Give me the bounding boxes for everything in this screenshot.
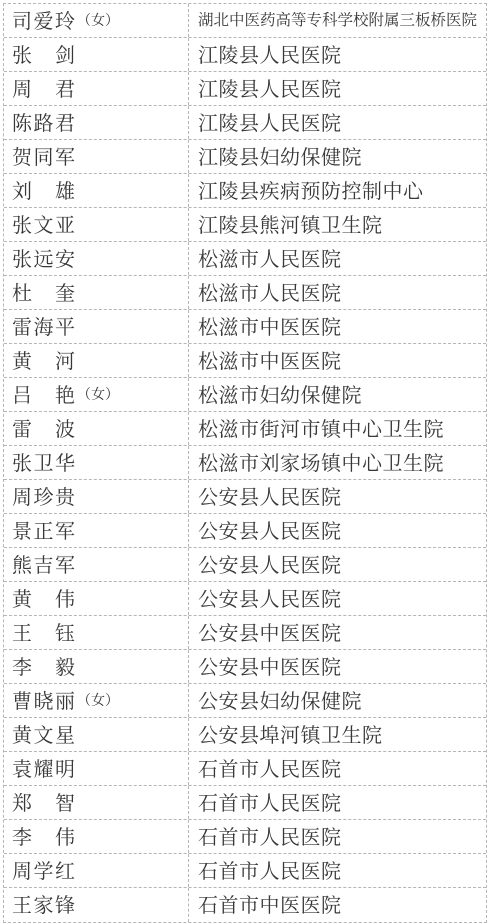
- person-name: 贺同军: [12, 147, 75, 167]
- organization-cell: 松滋市妇幼保健院: [189, 378, 486, 411]
- organization-cell: 公安县埠河镇卫生院: [189, 718, 486, 751]
- table-row: 黄 河 松滋市中医医院: [4, 344, 486, 378]
- person-name-cell: 袁耀明: [4, 752, 189, 785]
- person-name: 景正军: [12, 521, 75, 541]
- organization-cell: 公安县人民医院: [189, 548, 486, 581]
- person-name-cell: 王 钰: [4, 616, 189, 649]
- person-name: 李 伟: [12, 827, 75, 847]
- person-name-cell: 张 剑: [4, 38, 189, 71]
- person-name: 雷 波: [12, 419, 75, 439]
- person-name-cell: 雷海平: [4, 310, 189, 343]
- organization-cell: 江陵县人民医院: [189, 72, 486, 105]
- person-name-cell: 刘 雄: [4, 174, 189, 207]
- person-name: 熊吉军: [12, 555, 75, 575]
- person-name-cell: 黄 伟: [4, 582, 189, 615]
- person-name: 王 钰: [12, 623, 75, 643]
- table-row: 袁耀明 石首市人民医院: [4, 752, 486, 786]
- person-name-cell: 熊吉军: [4, 548, 189, 581]
- organization-cell: 石首市人民医院: [189, 786, 486, 819]
- person-name-cell: 雷 波: [4, 412, 189, 445]
- table-row: 熊吉军 公安县人民医院: [4, 548, 486, 582]
- person-name: 周 君: [12, 79, 75, 99]
- person-name-cell: 杜 奎: [4, 276, 189, 309]
- gender-note: （女）: [77, 388, 119, 402]
- table-row: 李 伟 石首市人民医院: [4, 820, 486, 854]
- table-row: 李 毅 公安县中医医院: [4, 650, 486, 684]
- table-row: 雷海平 松滋市中医医院: [4, 310, 486, 344]
- table-row: 黄 伟 公安县人民医院: [4, 582, 486, 616]
- person-name: 袁耀明: [12, 759, 75, 779]
- person-name: 曹晓丽: [12, 691, 75, 711]
- table-row: 陈路君 江陵县人民医院: [4, 106, 486, 140]
- organization-cell: 湖北中医药高等专科学校附属三板桥医院: [189, 4, 486, 37]
- organization-cell: 江陵县疾病预防控制中心: [189, 174, 486, 207]
- person-name-cell: 张卫华: [4, 446, 189, 479]
- table-row: 杜 奎 松滋市人民医院: [4, 276, 486, 310]
- table-row: 周珍贵 公安县人民医院: [4, 480, 486, 514]
- organization-cell: 江陵县熊河镇卫生院: [189, 208, 486, 241]
- person-name: 张远安: [12, 249, 75, 269]
- table-row: 张文亚 江陵县熊河镇卫生院: [4, 208, 486, 242]
- organization-cell: 石首市人民医院: [189, 752, 486, 785]
- person-name-cell: 张远安: [4, 242, 189, 275]
- person-name-cell: 贺同军: [4, 140, 189, 173]
- organization-cell: 公安县人民医院: [189, 514, 486, 547]
- organization-cell: 公安县人民医院: [189, 480, 486, 513]
- person-name: 周珍贵: [12, 487, 75, 507]
- organization-cell: 松滋市街河市镇中心卫生院: [189, 412, 486, 445]
- person-name: 黄文星: [12, 725, 75, 745]
- table-row: 贺同军 江陵县妇幼保健院: [4, 140, 486, 174]
- table-row: 吕 艳 （女） 松滋市妇幼保健院: [4, 378, 486, 412]
- person-name-cell: 黄 河: [4, 344, 189, 377]
- organization-cell: 公安县中医医院: [189, 650, 486, 683]
- organization-cell: 石首市中医医院: [189, 888, 486, 922]
- organization-cell: 公安县中医医院: [189, 616, 486, 649]
- person-name: 陈路君: [12, 113, 75, 133]
- table-row: 张卫华 松滋市刘家场镇中心卫生院: [4, 446, 486, 480]
- organization-cell: 松滋市人民医院: [189, 276, 486, 309]
- person-name: 吕 艳: [12, 385, 75, 405]
- organization-cell: 石首市人民医院: [189, 820, 486, 853]
- organization-cell: 石首市人民医院: [189, 854, 486, 887]
- table-row: 周 君 江陵县人民医院: [4, 72, 486, 106]
- person-name-cell: 张文亚: [4, 208, 189, 241]
- organization-cell: 松滋市中医医院: [189, 344, 486, 377]
- person-name: 张卫华: [12, 453, 75, 473]
- person-name: 王家锋: [12, 895, 75, 915]
- table-row: 郑 智 石首市人民医院: [4, 786, 486, 820]
- person-name-cell: 陈路君: [4, 106, 189, 139]
- organization-cell: 松滋市刘家场镇中心卫生院: [189, 446, 486, 479]
- person-name: 雷海平: [12, 317, 75, 337]
- person-name: 司爱玲: [12, 11, 75, 31]
- organization-cell: 江陵县人民医院: [189, 38, 486, 71]
- person-name-cell: 周学红: [4, 854, 189, 887]
- table-row: 周学红 石首市人民医院: [4, 854, 486, 888]
- person-name: 张文亚: [12, 215, 75, 235]
- organization-cell: 松滋市人民医院: [189, 242, 486, 275]
- person-name: 郑 智: [12, 793, 75, 813]
- organization-cell: 松滋市中医医院: [189, 310, 486, 343]
- person-name-cell: 李 毅: [4, 650, 189, 683]
- organization-cell: 江陵县妇幼保健院: [189, 140, 486, 173]
- person-name: 杜 奎: [12, 283, 75, 303]
- person-name-cell: 吕 艳 （女）: [4, 378, 189, 411]
- person-name-cell: 周 君: [4, 72, 189, 105]
- person-name-cell: 王家锋: [4, 888, 189, 922]
- table-row: 司爱玲 （女） 湖北中医药高等专科学校附属三板桥医院: [4, 4, 486, 38]
- person-name: 张 剑: [12, 45, 75, 65]
- person-name-cell: 李 伟: [4, 820, 189, 853]
- table-row: 刘 雄 江陵县疾病预防控制中心: [4, 174, 486, 208]
- table-row: 张远安 松滋市人民医院: [4, 242, 486, 276]
- organization-cell: 公安县人民医院: [189, 582, 486, 615]
- person-name: 李 毅: [12, 657, 75, 677]
- person-name-cell: 周珍贵: [4, 480, 189, 513]
- person-name-cell: 郑 智: [4, 786, 189, 819]
- table-row: 曹晓丽 （女） 公安县妇幼保健院: [4, 684, 486, 718]
- person-name: 黄 伟: [12, 589, 75, 609]
- person-name-cell: 黄文星: [4, 718, 189, 751]
- person-name: 刘 雄: [12, 181, 75, 201]
- person-name: 周学红: [12, 861, 75, 881]
- table-row: 景正军 公安县人民医院: [4, 514, 486, 548]
- gender-note: （女）: [77, 694, 119, 708]
- organization-cell: 江陵县人民医院: [189, 106, 486, 139]
- person-name: 黄 河: [12, 351, 75, 371]
- personnel-roster-table: 司爱玲 （女） 湖北中医药高等专科学校附属三板桥医院 张 剑 江陵县人民医院 周…: [3, 3, 487, 923]
- person-name-cell: 曹晓丽 （女）: [4, 684, 189, 717]
- gender-note: （女）: [77, 14, 119, 28]
- table-row: 张 剑 江陵县人民医院: [4, 38, 486, 72]
- table-row: 王 钰 公安县中医医院: [4, 616, 486, 650]
- table-row: 雷 波 松滋市街河市镇中心卫生院: [4, 412, 486, 446]
- organization-cell: 公安县妇幼保健院: [189, 684, 486, 717]
- table-row: 王家锋 石首市中医医院: [4, 888, 486, 922]
- person-name-cell: 景正军: [4, 514, 189, 547]
- table-row: 黄文星 公安县埠河镇卫生院: [4, 718, 486, 752]
- person-name-cell: 司爱玲 （女）: [4, 4, 189, 37]
